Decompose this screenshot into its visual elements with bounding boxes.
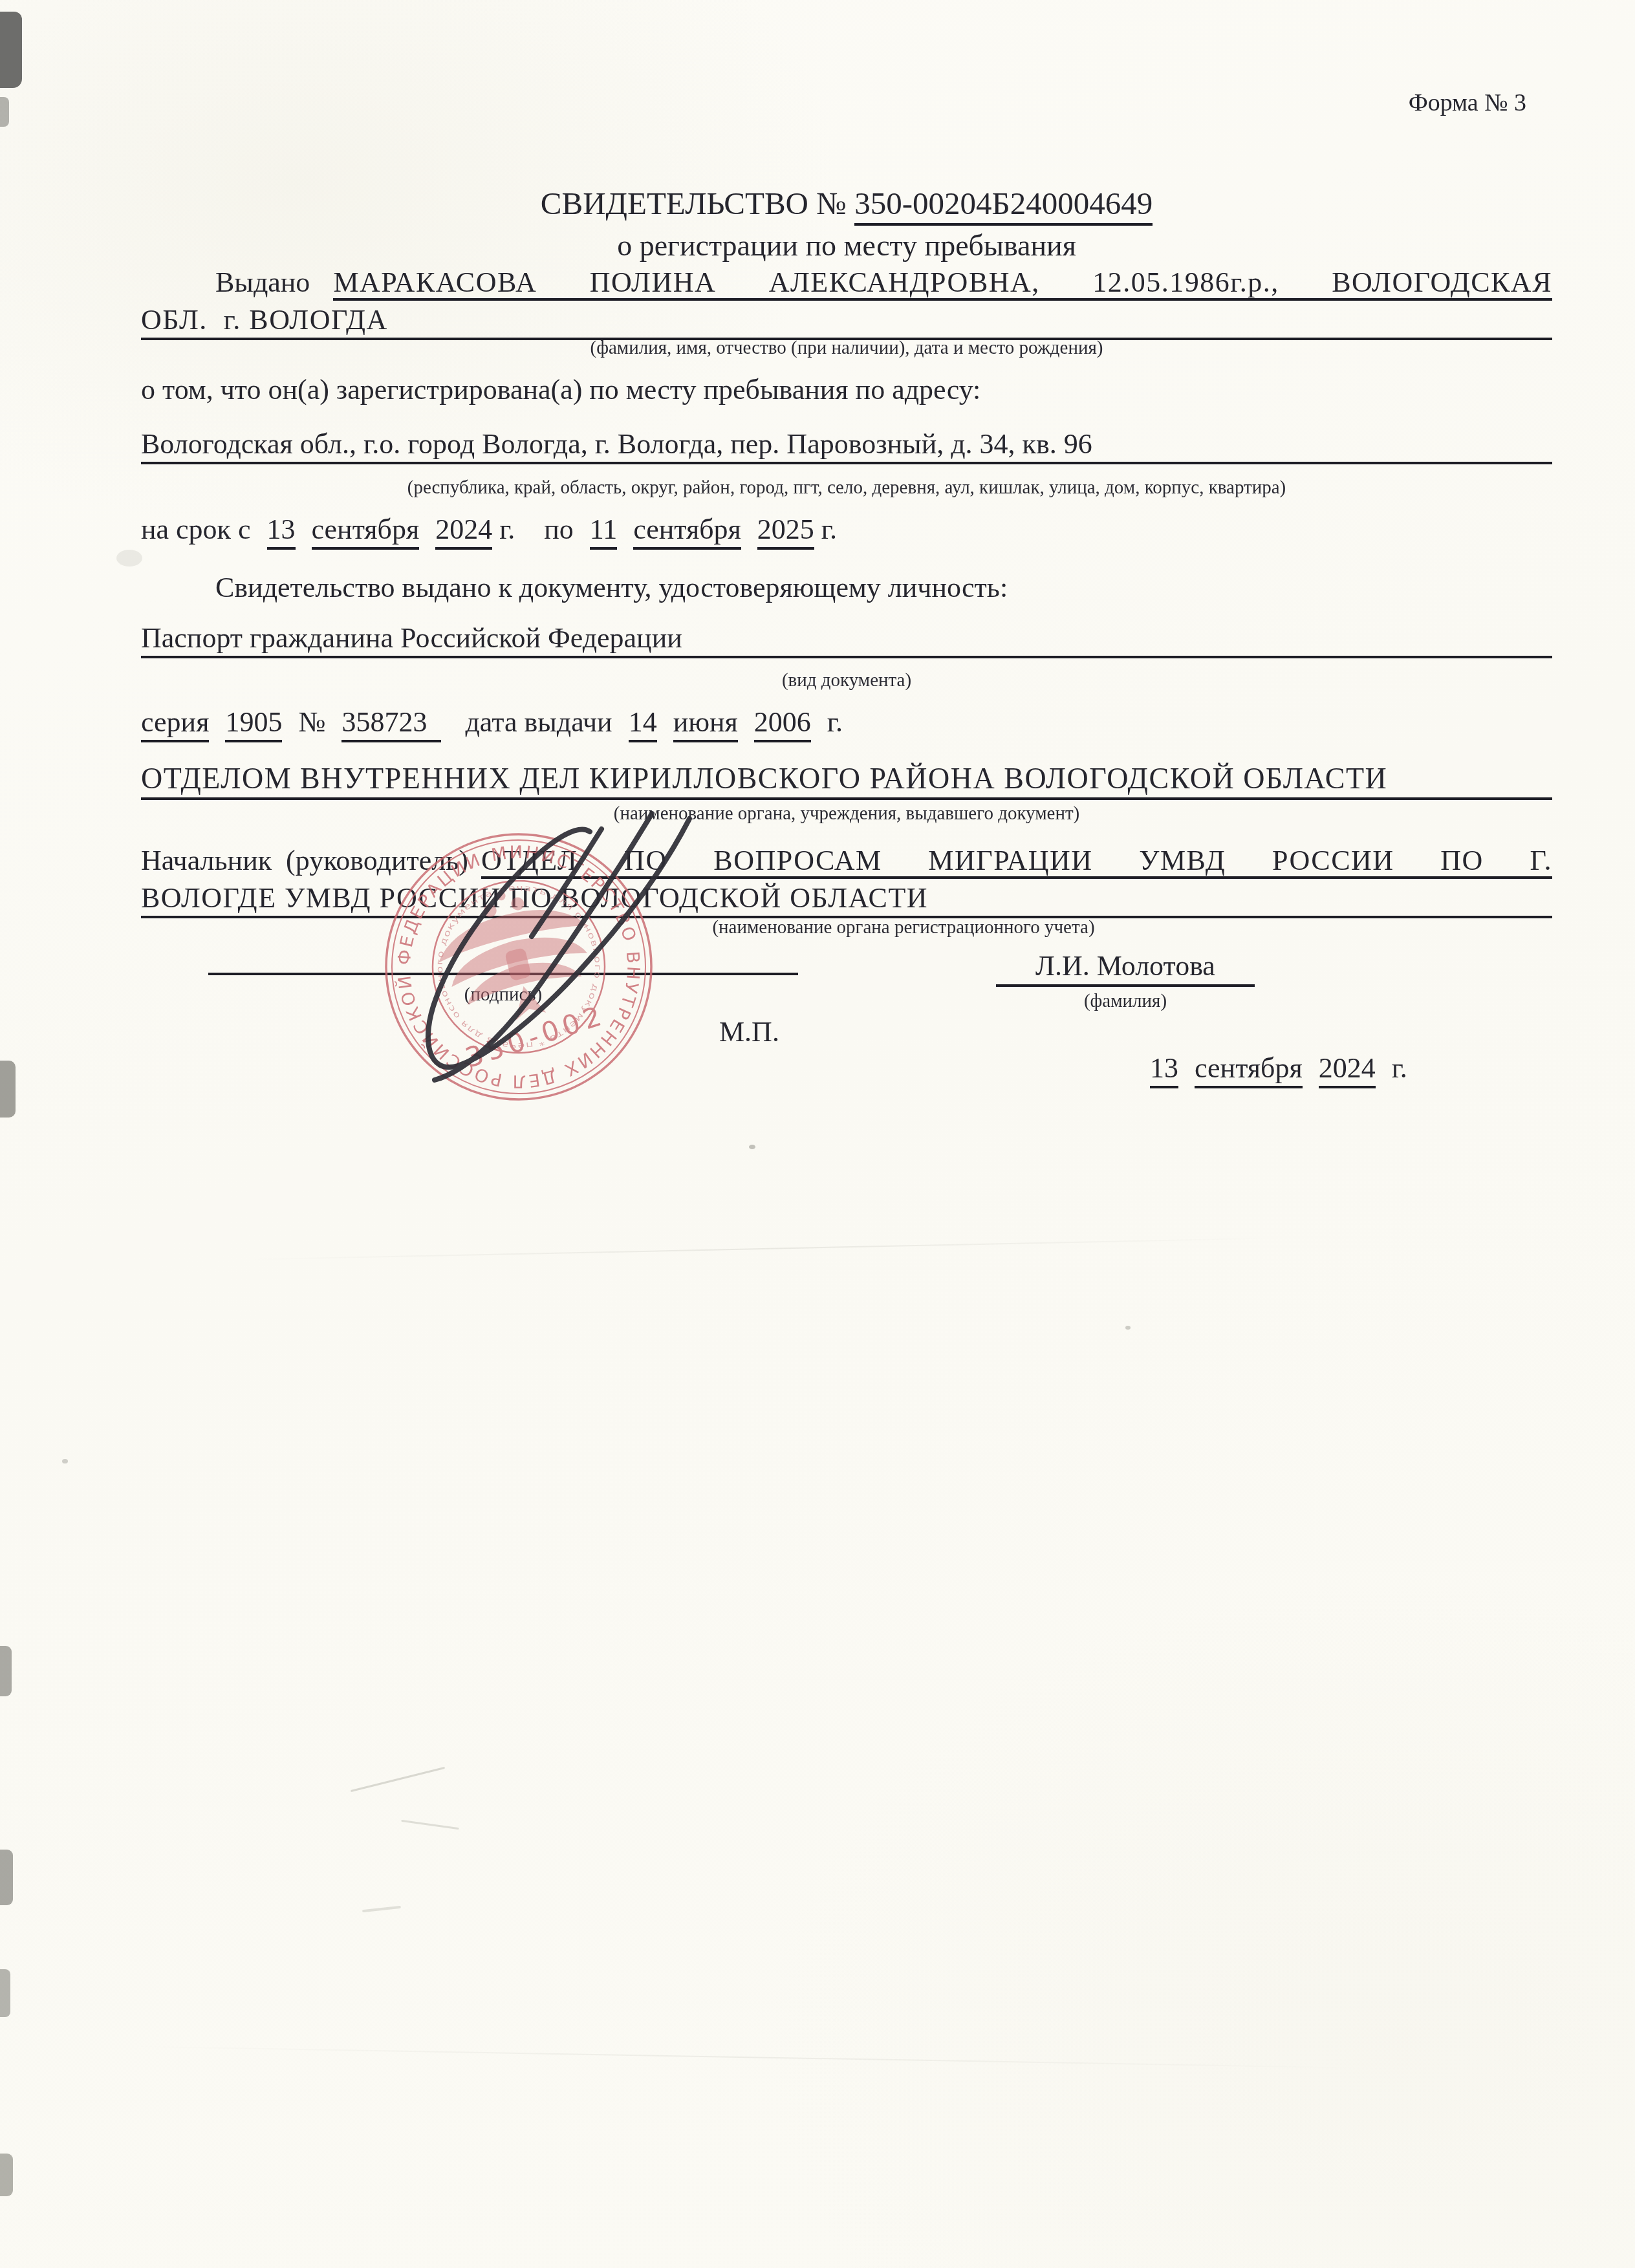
- org-caption: (наименование органа регистрационного уч…: [141, 917, 1552, 938]
- scan-artifact: [246, 1237, 1281, 1260]
- doc-type-caption: (вид документа): [141, 670, 1552, 691]
- period-prefix: на срок с: [141, 513, 251, 545]
- doc-type-row: Паспорт гражданина Российской Федерации: [141, 622, 1552, 658]
- scan-artifact: [0, 2154, 13, 2196]
- holder-birthplace: ОБЛ. г. ВОЛОГДА: [141, 304, 388, 340]
- scan-artifact: [1125, 1326, 1131, 1330]
- period-from-year: 2024: [435, 513, 492, 550]
- certificate-number: 350-00204Б240004649: [854, 186, 1153, 226]
- period-to-day: 11: [590, 513, 617, 550]
- period-to-label: по: [544, 513, 574, 545]
- post-label: Начальник (руководитель): [141, 845, 468, 879]
- issuer-row: ОТДЕЛОМ ВНУТРЕННИХ ДЕЛ КИРИЛЛОВСКОГО РАЙ…: [141, 762, 1552, 800]
- blank-line: [388, 304, 1552, 340]
- address-value: Вологодская обл., г.о. город Вологда, г.…: [141, 428, 1092, 464]
- official-name-block: Л.И. Молотова (фамилия): [996, 949, 1255, 1012]
- document-subtitle: о регистрации по месту пребывания: [141, 229, 1552, 263]
- org-name-line1: ОТДЕЛ ПО ВОПРОСАМ МИГРАЦИИ УМВД РОССИИ П…: [481, 845, 1552, 879]
- issued-label: Выдано: [215, 266, 310, 301]
- blank-line: [928, 882, 1552, 918]
- address-caption: (республика, край, область, округ, район…: [141, 477, 1552, 498]
- official-row2: ВОЛОГДЕ УМВД РОССИИ ПО ВОЛОГОДСКОЙ ОБЛАС…: [141, 882, 1552, 918]
- seal-place-mark: М.П.: [719, 1015, 779, 1048]
- scan-artifact: [116, 550, 142, 567]
- blank-line: [1387, 762, 1552, 800]
- official-row: Начальник (руководитель) ОТДЕЛ ПО ВОПРОС…: [141, 845, 1552, 879]
- period-from-month: сентября: [312, 513, 420, 550]
- scan-artifact: [0, 1969, 10, 2017]
- org-name-line2: ВОЛОГДЕ УМВД РОССИИ ПО ВОЛОГОДСКОЙ ОБЛАС…: [141, 882, 928, 918]
- date-year: 2024: [1319, 1052, 1376, 1088]
- address-row: Вологодская обл., г.о. город Вологда, г.…: [141, 428, 1552, 464]
- name-caption: (фамилия, имя, отчество (при наличии), д…: [141, 338, 1552, 358]
- series-value: 1905: [225, 706, 282, 742]
- issue-day: 14: [629, 706, 657, 742]
- scan-artifact: [0, 1646, 12, 1696]
- signature-line: [208, 973, 798, 975]
- period-suffix: г.: [499, 513, 515, 545]
- form-number: Форма № 3: [1409, 89, 1526, 117]
- period-row: на срок с 13 сентября 2024 г. по 11 сент…: [141, 513, 1552, 545]
- scan-artifact: [0, 97, 9, 127]
- issued-to-row: Выдано МАРАКАСОВА ПОЛИНА АЛЕКСАНДРОВНА, …: [215, 266, 1552, 301]
- date-month: сентября: [1195, 1052, 1303, 1088]
- number-value: 358723: [341, 706, 441, 742]
- identity-intro: Свидетельство выдано к документу, удосто…: [215, 572, 1552, 603]
- blank-line: [1092, 428, 1552, 464]
- issuer-value: ОТДЕЛОМ ВНУТРЕННИХ ДЕЛ КИРИЛЛОВСКОГО РАЙ…: [141, 762, 1387, 800]
- scanned-document-page: Форма № 3 СВИДЕТЕЛЬСТВО № 350-00204Б2400…: [0, 0, 1635, 2268]
- date-day: 13: [1150, 1052, 1178, 1088]
- registration-statement: о том, что он(а) зарегистрирована(а) по …: [141, 374, 1552, 405]
- scan-artifact: [362, 1906, 401, 1912]
- period-suffix2: г.: [821, 513, 837, 545]
- official-name-caption: (фамилия): [996, 991, 1255, 1012]
- series-row: серия 1905 № 358723 дата выдачи 14 июня …: [141, 706, 1552, 738]
- holder-name: МАРАКАСОВА ПОЛИНА АЛЕКСАНДРОВНА, 12.05.1…: [333, 266, 1552, 301]
- scan-artifact: [0, 1850, 13, 1905]
- issue-month: июня: [673, 706, 738, 742]
- scan-artifact: [129, 2046, 1358, 2068]
- scan-artifact: [62, 1459, 68, 1463]
- stamp-code: 350-002: [461, 999, 609, 1074]
- official-name: Л.И. Молотова: [996, 949, 1255, 987]
- issue-date-label: дата выдачи: [465, 706, 612, 738]
- scan-artifact: [749, 1145, 755, 1149]
- issue-year: 2006: [754, 706, 811, 742]
- issue-date-row: 13 сентября 2024 г.: [1150, 1052, 1407, 1085]
- blank-line: [682, 622, 1552, 658]
- issue-suffix: г.: [827, 706, 843, 738]
- doc-type-value: Паспорт гражданина Российской Федерации: [141, 622, 682, 658]
- issued-to-row2: ОБЛ. г. ВОЛОГДА: [141, 304, 1552, 340]
- period-to-month: сентября: [633, 513, 741, 550]
- scan-artifact: [0, 12, 22, 88]
- scan-artifact: [401, 1820, 459, 1830]
- scan-artifact: [351, 1767, 445, 1792]
- document-title: СВИДЕТЕЛЬСТВО № 350-00204Б240004649: [141, 186, 1552, 222]
- title-prefix: СВИДЕТЕЛЬСТВО №: [541, 186, 854, 221]
- period-to-year: 2025: [757, 513, 814, 550]
- signature-caption: (подпись): [208, 984, 798, 1006]
- scan-artifact: [0, 1061, 16, 1118]
- series-label: серия: [141, 706, 209, 742]
- date-suffix: г.: [1392, 1052, 1407, 1084]
- number-sign: №: [298, 706, 325, 738]
- issuer-caption: (наименование органа, учреждения, выдавш…: [141, 803, 1552, 824]
- period-from-day: 13: [267, 513, 296, 550]
